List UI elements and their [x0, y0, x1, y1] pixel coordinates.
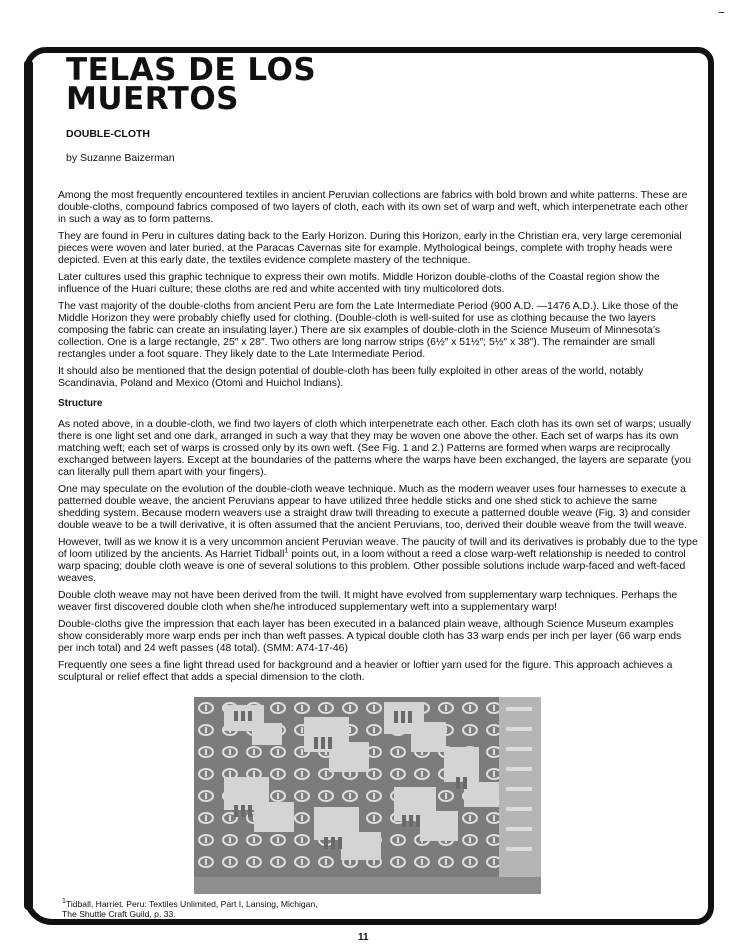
textile-pattern-illustration	[194, 697, 541, 894]
paragraph: Among the most frequently encountered te…	[58, 190, 698, 226]
scan-mark	[719, 12, 724, 13]
paragraph: It should also be mentioned that the des…	[58, 366, 698, 390]
footnote: 1Tidball, Harriet. Peru: Textiles Unlimi…	[62, 899, 318, 919]
paragraph: Frequently one sees a fine light thread …	[58, 660, 698, 684]
article-subtitle: DOUBLE-CLOTH	[66, 128, 150, 140]
page-number: 11	[358, 932, 369, 943]
paragraph: They are found in Peru in cultures datin…	[58, 231, 698, 267]
article-body: Among the most frequently encountered te…	[58, 190, 698, 689]
paragraph: Double-cloths give the impression that e…	[58, 619, 698, 655]
title-line-2: MUERTOS	[66, 85, 316, 114]
paragraph: The vast majority of the double-cloths f…	[58, 301, 698, 361]
paragraph: One may speculate on the evolution of th…	[58, 484, 698, 532]
paragraph: Later cultures used this graphic techniq…	[58, 272, 698, 296]
author-byline: by Suzanne Baizerman	[66, 152, 175, 164]
textile-photograph	[194, 697, 541, 894]
footnote-line-2: The Shuttle Craft Guild, p. 33.	[62, 909, 176, 919]
article-title: TELAS DE LOS MUERTOS	[66, 56, 316, 114]
section-heading-structure: Structure	[58, 398, 698, 410]
footnote-line-1: Tidball, Harriet. Peru: Textiles Unlimit…	[66, 899, 318, 909]
paragraph: Double cloth weave may not have been der…	[58, 590, 698, 614]
page-border-left-edge	[24, 60, 33, 910]
paragraph: However, twill as we know it is a very u…	[58, 537, 698, 585]
paragraph: As noted above, in a double-cloth, we fi…	[58, 419, 698, 479]
